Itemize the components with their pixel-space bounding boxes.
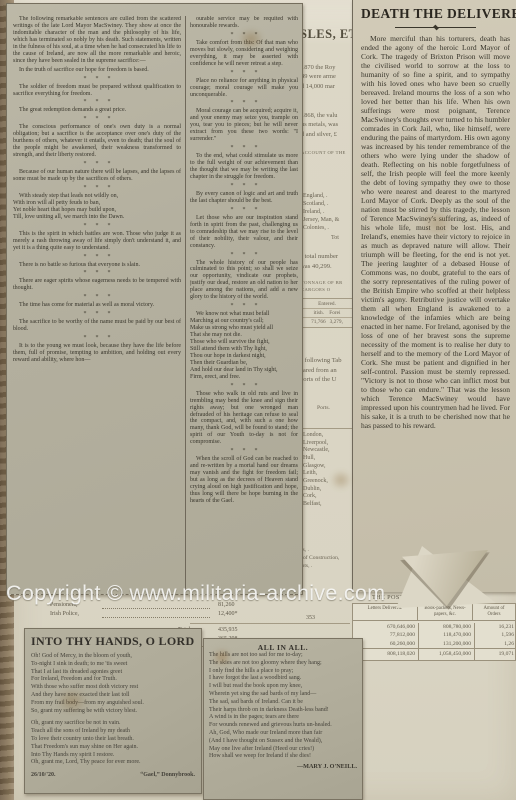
quotation-paragraph: * * * It is to the young we must look, b…	[13, 335, 181, 364]
quotation-paragraph: * * * The time has come for material as …	[13, 294, 181, 309]
fragment-total: Tot	[331, 234, 339, 243]
diamond-ornament	[433, 25, 439, 31]
poem-date: 26/10/'20.	[31, 772, 56, 778]
poem-line: A wind is in the pages; tears are there	[209, 714, 357, 722]
quotation-paragraph: * * * Place no reliance for anything in …	[190, 70, 298, 99]
fragment-construction: es, . t of Construction, ipts, .	[300, 546, 339, 570]
asterisk-separator: * * *	[190, 32, 298, 39]
article-headline: DEATH THE DELIVERER	[361, 6, 510, 22]
quotation-paragraph: * * * The sacrifice to be worthy of the …	[13, 311, 181, 333]
paragraph-text: We know not what must befall Marching at…	[190, 311, 298, 381]
table-row: 670,646,000 808,780,000 16,231	[353, 623, 515, 631]
poem-line: Oh, grant my sacrifice be not in vain.	[31, 720, 195, 728]
tonnage-row: 71,766 3,279,	[300, 318, 354, 326]
table-row: 77,812,000 118,470,000 1,596	[353, 631, 515, 639]
quotation-paragraph: * * * The soldier of freedom must be pre…	[13, 76, 181, 98]
post-office-total-row: 808,118,020 1,058,450,000 19,071	[353, 648, 515, 660]
quotation-paragraph: In the truth of sacrifice our hope for f…	[13, 67, 181, 74]
quotation-paragraph: * * * The conscious performance of one's…	[13, 116, 181, 159]
port-name: Belfast,	[303, 501, 355, 509]
paragraph-text: There are eager spirits whose eagerness …	[13, 278, 181, 292]
asterisk-separator: * * *	[190, 303, 298, 310]
paragraph-text: In the truth of sacrifice our hope for f…	[13, 67, 181, 74]
paragraph-text: It is to the young we must look, because…	[13, 343, 181, 364]
leader-dots	[102, 616, 210, 618]
cell-packets: 131,200,000	[418, 640, 474, 648]
poem-line: So, grant my suffering be with victory b…	[31, 708, 195, 716]
paragraph-text: The following remarkable sentences are c…	[13, 16, 181, 65]
paragraph-text: The sacrifice to be worthy of the name m…	[13, 319, 181, 333]
fragment-total-number: e total number was 40,299.	[300, 252, 338, 271]
poem-line: To-night I sink in death; to me 'tis swe…	[31, 661, 195, 669]
asterisk-separator: * * *	[13, 335, 181, 342]
asterisk-separator: * * *	[190, 70, 298, 77]
paragraph-text: Moral courage can be acquired; acquire i…	[190, 108, 298, 143]
paragraph-text: Take comfort from this: Of that man who …	[190, 40, 298, 68]
port-name: Hull,	[303, 455, 355, 463]
all-in-all-clipping: ALL IN ALL. The hills are not too sad fo…	[203, 638, 363, 800]
asterisk-separator: * * *	[190, 448, 298, 455]
table-row: 60,260,000 131,200,000 1,26	[353, 640, 515, 648]
port-name: London,	[303, 432, 355, 440]
asterisk-separator: * * *	[13, 254, 181, 261]
paragraph-text: Place no reliance for anything in physic…	[190, 78, 298, 99]
asterisk-separator: * * *	[13, 116, 181, 123]
table-rule	[190, 623, 350, 624]
paragraph-text: With steady step that leads not wildly o…	[13, 193, 181, 221]
post-office-headers: Letters Delivered. Book-packets, News- p…	[353, 604, 515, 621]
poem-line: The hills are not too sad for me to-day;	[209, 652, 357, 660]
paragraph-text: The time has come for material as well a…	[13, 302, 181, 309]
poem-line: To love their country unto their last br…	[31, 736, 195, 744]
quotation-paragraph: * * * Take comfort from this: Of that ma…	[190, 32, 298, 68]
poem-line: (And I have thought on Sussex and the We…	[209, 738, 357, 746]
cell-orders: 1,26	[474, 640, 515, 648]
fragment-1868: 1868, the valu us metals, was d and silv…	[301, 111, 338, 139]
asterisk-separator: * * *	[190, 100, 298, 107]
total-orders: 19,071	[474, 649, 515, 660]
asterisk-separator: * * *	[190, 383, 298, 390]
pension-mid-value: 353	[306, 615, 315, 621]
pension-row-value: 81,260	[218, 602, 235, 608]
cell-packets: 118,470,000	[418, 631, 474, 639]
poem-line: I have forgot the last a woodbird sang.	[209, 675, 357, 683]
into-thy-hands-clipping: INTO THY HANDS, O LORD Oh! God of Mercy,…	[24, 628, 202, 794]
quotation-paragraph: * * * There is no battle so furious that…	[13, 254, 181, 269]
asterisk-separator: * * *	[13, 185, 181, 192]
fragment-tonnage-heading: TONNAGE OF BR CARGOES O	[301, 280, 343, 293]
cell-packets: 808,780,000	[418, 623, 474, 631]
quotation-paragraph: * * * The great redemption demands a gre…	[13, 99, 181, 114]
port-name: Dublin,	[303, 486, 355, 494]
column-header: Amount of Orders	[472, 604, 515, 620]
asterisk-separator: * * *	[13, 99, 181, 106]
paragraph-text: Those who walk in old ruts and live in t…	[190, 391, 298, 447]
paragraph-text: ourable service may be requited with hon…	[190, 16, 298, 30]
poem-signature: —MARY J. O'NEILL.	[209, 763, 357, 770]
asterisk-separator: * * *	[13, 270, 181, 277]
paragraph-text: When the scroll of God can be reached to…	[190, 456, 298, 505]
asterisk-separator: * * *	[13, 161, 181, 168]
macswiney-quotations-clipping: The following remarkable sentences are c…	[6, 3, 303, 595]
poem-stanza-1: Oh! God of Mercy, in the bloom of youth,…	[31, 653, 195, 715]
tonnage-table-fragment: Entered.itish. Forei71,766 3,279,	[300, 298, 354, 328]
ports-header: Ports.	[317, 404, 330, 412]
quotation-paragraph: ourable service may be requited with hon…	[190, 16, 298, 30]
isles-title-fragment: SLES, ET	[300, 25, 358, 43]
poem-line: Oh, grant me, Lord, Thy peace for ever m…	[31, 759, 195, 767]
macswiney-column-right: ourable service may be requited with hon…	[190, 16, 298, 590]
paragraph-text: By every canon of logic and art and trut…	[190, 191, 298, 205]
poem-line: That Freedom's sun may shine on Her agai…	[31, 744, 195, 752]
paragraph-text: This is the spirit in which battles are …	[13, 231, 181, 252]
poem-line: Their harps throb on in darkness Death-l…	[209, 707, 357, 715]
paragraph-text: Let those who are our inspiration stand …	[190, 215, 298, 250]
port-name: Liverpool,	[303, 440, 355, 448]
column-rule	[185, 16, 186, 590]
poem-signature: “Gael,” Donnybrook.	[140, 772, 195, 778]
fragment-1870: 1870 the Roy 49 were arme d 14,000 mar	[301, 63, 336, 91]
poem-line: And they have now exacted their last tol…	[31, 692, 195, 700]
poem-line: I will but read the book upon my knee,	[209, 683, 357, 691]
pension-total-value: 435,935	[218, 627, 238, 633]
pension-row-label: Irish Police,	[50, 611, 79, 617]
paragraph-text: Because of our human nature there will b…	[13, 169, 181, 183]
asterisk-separator: * * *	[13, 76, 181, 83]
poem-line: Teach all the sons of Ireland by my deat…	[31, 728, 195, 736]
scrapbook-page: SLES, ET 1870 the Roy 49 were arme d 14,…	[0, 0, 516, 800]
quotation-paragraph: * * * Moral courage can be acquired; acq…	[190, 100, 298, 143]
paragraph-text: The conscious performance of one's own d…	[13, 124, 181, 159]
poem-line: How shall we weep for Ireland if she die…	[209, 753, 357, 761]
tonnage-row: itish. Forei	[300, 309, 354, 318]
port-name: Newcastle,	[303, 447, 355, 455]
poem-line: Wherein yet sing the sad bards of my lan…	[209, 691, 357, 699]
asterisk-separator: * * *	[190, 252, 298, 259]
headline-rule	[395, 27, 476, 28]
poem-line: For wounds renewed and grievous hurts un…	[209, 722, 357, 730]
leader-dots	[102, 607, 210, 609]
total-packets: 1,058,450,000	[418, 649, 474, 660]
pension-row-label: Pensioners,	[50, 602, 78, 608]
post-office-grid: Letters Delivered. Book-packets, News- p…	[352, 603, 516, 661]
asterisk-separator: * * *	[190, 145, 298, 152]
quotation-paragraph: * * * Because of our human nature there …	[13, 161, 181, 183]
death-the-deliverer-clipping: DEATH THE DELIVERER More merciful than h…	[352, 0, 516, 592]
poem-stanza-2: Oh, grant my sacrifice be not in vain.Te…	[31, 720, 195, 767]
port-name: Leith,	[303, 470, 355, 478]
quotation-paragraph: * * * We know not what must befall March…	[190, 303, 298, 380]
asterisk-separator: * * *	[13, 223, 181, 230]
quotation-paragraph: * * * This is the spirit in which battle…	[13, 223, 181, 252]
countries-list-fragment: England, . Scotland, . Ireland, . Jersey…	[303, 192, 339, 232]
poem-title: ALL IN ALL.	[209, 643, 357, 652]
quotation-paragraph: The following remarkable sentences are c…	[13, 16, 181, 65]
ports-list: London,Liverpool,Newcastle,Hull,Glasgow,…	[303, 428, 355, 509]
cell-orders: 1,596	[474, 631, 515, 639]
quotation-paragraph: * * * The whole history of our people ha…	[190, 252, 298, 302]
paragraph-text: The great redemption demands a great pri…	[13, 107, 181, 114]
asterisk-separator: * * *	[13, 294, 181, 301]
quotation-paragraph: * * * By every canon of logic and art an…	[190, 183, 298, 205]
quotation-paragraph: * * * Those who walk in old ruts and liv…	[190, 383, 298, 447]
paragraph-text: To the end, what could stimulate us more…	[190, 153, 298, 181]
poem-line: The skies are not too gloomy where they …	[209, 660, 357, 668]
quotation-paragraph: * * * Let those who are our inspiration …	[190, 207, 298, 250]
port-name: Greenock,	[303, 478, 355, 486]
fragment-account-of-the: ACCOUNT OF THE	[301, 150, 346, 157]
asterisk-separator: * * *	[190, 207, 298, 214]
poem-line: Ah, God, Who made our Ireland more than …	[209, 730, 357, 738]
port-name: Glasgow,	[303, 463, 355, 471]
asterisk-separator: * * *	[13, 311, 181, 318]
poem-line: The sad, sad bards of Ireland. Can it be	[209, 699, 357, 707]
tonnage-row: Entered.	[300, 300, 354, 309]
quotation-paragraph: * * * With steady step that leads not wi…	[13, 185, 181, 221]
poem-headline: INTO THY HANDS, O LORD	[31, 634, 195, 649]
port-name: Cork,	[303, 493, 355, 501]
poem-line: From my frail body—from my anguished sou…	[31, 700, 195, 708]
poem-lines: The hills are not too sad for me to-day;…	[209, 652, 357, 761]
cell-letters: 670,646,000	[353, 623, 418, 631]
pension-row-value: 12,400*	[218, 611, 238, 617]
asterisk-separator: * * *	[190, 183, 298, 190]
macswiney-column-left: The following remarkable sentences are c…	[13, 16, 181, 590]
article-body: More merciful than his torturers, death …	[361, 34, 510, 430]
cell-orders: 16,231	[474, 623, 515, 631]
quotation-paragraph: * * * To the end, what could stimulate u…	[190, 145, 298, 181]
poem-line: Oh! God of Mercy, in the bloom of youth,	[31, 653, 195, 661]
poem-footer: 26/10/'20. “Gael,” Donnybrook.	[31, 772, 195, 778]
quotation-paragraph: * * * There are eager spirits whose eage…	[13, 270, 181, 292]
quotation-paragraph: * * * When the scroll of God can be reac…	[190, 448, 298, 505]
paragraph-text: The whole history of our people has culm…	[190, 260, 298, 302]
paragraph-text: The soldier of freedom must be prepared …	[13, 84, 181, 98]
fragment-following-table: e following Tab eared from an ports of t…	[300, 356, 342, 385]
post-office-rows: 670,646,000 808,780,000 16,231 77,812,00…	[353, 621, 515, 648]
poem-line: With those who suffer most doth victory …	[31, 684, 195, 692]
paragraph-text: There is no battle so furious that every…	[13, 262, 181, 269]
